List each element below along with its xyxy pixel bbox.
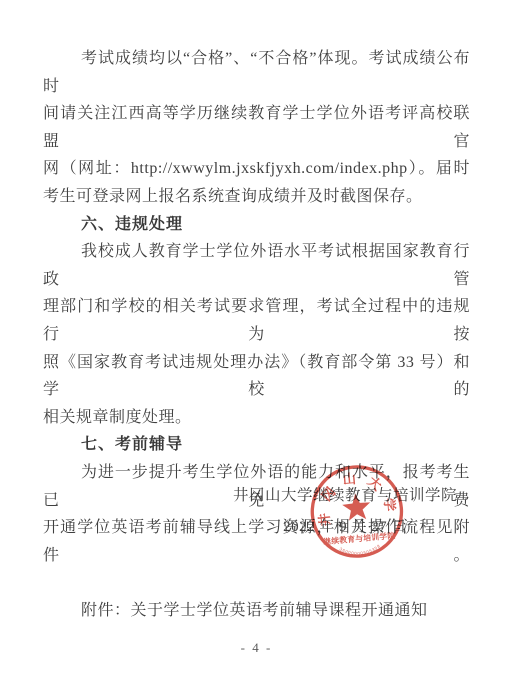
section-heading: 六、违规处理 bbox=[43, 211, 470, 239]
document-line: 我校成人教育学士学位外语水平考试根据国家教育行政管 bbox=[43, 238, 470, 293]
document-line: 考生可登录网上报名系统查询成绩并及时截图保存。 bbox=[43, 183, 470, 211]
signature-organization: 井冈山大学继续教育与培训学院 bbox=[233, 486, 457, 506]
document-line: 附件：关于学士学位英语考前辅导课程开通通知 bbox=[43, 597, 470, 625]
document-line: 考试成绩均以“合格”、“不合格”体现。考试成绩公布时 bbox=[43, 45, 470, 100]
signature-date: 2022 年 9 月 27 日 bbox=[233, 517, 457, 537]
signature-block: 井冈山大学继续教育与培训学院 2022 年 9 月 27 日 bbox=[233, 486, 457, 537]
document-line: 理部门和学校的相关考试要求管理，考试全过程中的违规行为按 bbox=[43, 293, 470, 348]
document-line: 照《国家教育考试违规处理办法》（教育部令第 33 号）和学校的 bbox=[43, 349, 470, 404]
document-lines: 考试成绩均以“合格”、“不合格”体现。考试成绩公布时间请关注江西高等学历继续教育… bbox=[43, 45, 470, 624]
document-line bbox=[43, 569, 470, 597]
document-line: 相关规章制度处理。 bbox=[43, 404, 470, 432]
document-line: 间请关注江西高等学历继续教育学士学位外语考评高校联盟官 bbox=[43, 100, 470, 155]
page-number: - 4 - bbox=[0, 640, 513, 656]
document-page: 考试成绩均以“合格”、“不合格”体现。考试成绩公布时间请关注江西高等学历继续教育… bbox=[0, 0, 513, 699]
document-line: 网（网址：http://xwwylm.jxskfjyxh.com/index.p… bbox=[43, 155, 470, 183]
section-heading: 七、考前辅导 bbox=[43, 431, 470, 459]
